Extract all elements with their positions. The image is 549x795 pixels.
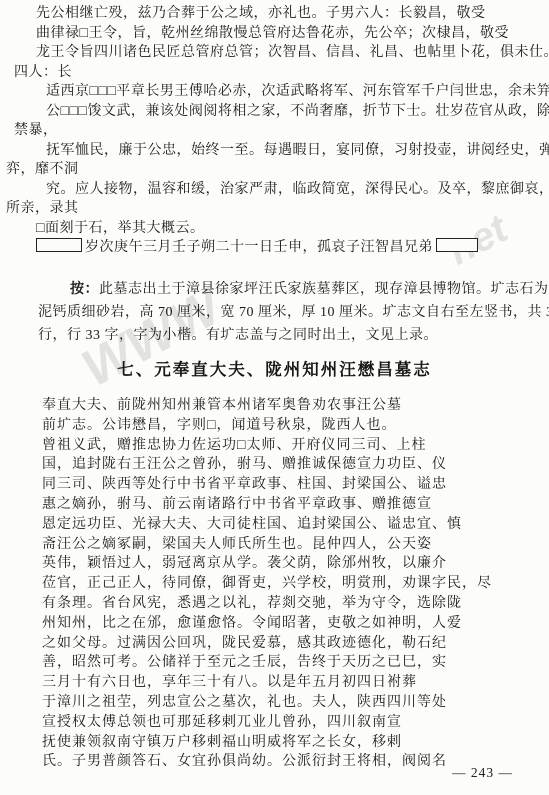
body-line: 惠之嫡孙，驸马、前云南诸路行中书省平章政事、赠推德宣 xyxy=(0,495,549,515)
body-line: 英伟，颖悟过人，弱冠离京从学。袭父荫，除邠州牧，以廉介 xyxy=(0,554,549,574)
body-line: 善，昭然可考。公储祥于至元之壬辰，告终于天历之已巳，实 xyxy=(0,653,549,673)
text-line: 四人：长 xyxy=(0,63,549,83)
body-line: 恩定远功臣、光禄大夫、大司徒柱国、追封梁国公、谥忠宜、慎 xyxy=(0,515,549,535)
body-line: 三月十有六日也，享年三十有八。以是年五月初四日袝葬 xyxy=(0,673,549,693)
note-label: 按： xyxy=(70,282,99,297)
previous-epitaph-continuation: 先公相继亡殁，兹乃合葬于公之域，亦礼也。子男六人：长毅昌，敬受 曲律禄□王令，旨… xyxy=(0,4,549,258)
body-line: 国，追封陇右王汪公之曾孙，驸马、赠推诚保德宣力功臣、仪 xyxy=(0,455,549,475)
text-line: 究。应人接物，温容和缓，治家严肃，临政简宽，深得民心。及卒，黎庶御哀，若丧 xyxy=(0,180,549,200)
note-line: 泥钙质细砂岩，高 70 厘米，宽 70 厘米，厚 10 厘米。圹志文自右至左竖书… xyxy=(0,301,549,324)
text-line: 先公相继亡殁，兹乃合葬于公之域，亦礼也。子男六人：长毅昌，敬受 xyxy=(0,4,549,24)
body-line: 宣授权太傅总领也可那延移剌兀业儿曾孙，四川叙南宣 xyxy=(0,713,549,733)
scan-page: net WWW 先公相继亡殁，兹乃合葬于公之域，亦礼也。子男六人：长毅昌，敬受 … xyxy=(0,0,549,795)
editor-note: 按：此墓志出土于漳县徐家坪汪氏家族墓葬区，现存漳县博物馆。圹志石为 泥钙质细砂岩… xyxy=(0,278,549,347)
burial-date-line: 岁次庚午三月壬子朔二十一日壬申，孤哀子汪智昌兄弟 xyxy=(0,238,549,258)
note-text: 此墓志出土于漳县徐家坪汪氏家族墓葬区，现存漳县博物馆。圹志石为 xyxy=(99,282,549,297)
body-line: 曾祖义武，赠推忠协力佐运功□太师、开府仪同三司、上柱 xyxy=(0,436,549,456)
text-line: 适西京□□□平章长男王傅哈必赤，次适武略将军、河东管军千户闫世忠，余未笄。□ xyxy=(0,82,549,102)
epitaph-body: 奉直大夫、前陇州知州兼管本州诸军奥鲁劝农事汪公墓 前圹志。公讳懋昌，字则□，闻道… xyxy=(0,396,549,772)
body-line: 有条理。省台风宪，悉遇之以礼，荐剡交驰，举为守令，选除陇 xyxy=(0,594,549,614)
text-line: 所亲，录其 xyxy=(0,199,549,219)
blank-box xyxy=(36,238,82,252)
body-line: 前圹志。公讳懋昌，字则□，闻道号秋泉，陇西人也。 xyxy=(0,416,549,436)
text-line: □面刻于石，举其大概云。 xyxy=(0,219,549,239)
body-line: 州知州，比之在邠，愈谨愈恪。令闻昭著，吏敬之如神明，人爱 xyxy=(0,614,549,634)
body-line: 奉直大夫、前陇州知州兼管本州诸军奥鲁劝农事汪公墓 xyxy=(0,396,549,416)
text-line: 龙王令旨四川诸色民匠总管府总管；次智昌、信昌、礼昌、也帖里卜花，俱未仕。女 xyxy=(0,43,549,63)
date-text: 岁次庚午三月壬子朔二十一日壬申，孤哀子汪智昌兄弟 xyxy=(85,240,433,255)
text-line: 公□□□馂文武，兼该处阀阅将相之家，不尚奢靡，折节下士。壮岁莅官从政，除苛 xyxy=(0,102,549,122)
text-line: 弈，靡不洞 xyxy=(0,160,549,180)
note-line: 按：此墓志出土于漳县徐家坪汪氏家族墓葬区，现存漳县博物馆。圹志石为 xyxy=(0,278,549,301)
body-line: 抚使兼领叙南守镇万户移剌福山明威将军之长女，移剌 xyxy=(0,733,549,753)
body-line: 之如父母。过满因公回巩，陇民爱慕，感其政迹德化，勒石纪 xyxy=(0,634,549,654)
section-heading: 七、元奉直大夫、陇州知州汪懋昌墓志 xyxy=(0,356,549,380)
text-line: 禁暴， xyxy=(0,121,549,141)
blank-box xyxy=(436,238,478,252)
text-line: 抚军恤民，廉于公忠，始终一至。每遇暇日，宴同僚，习射投壶，讲阅经史，弹琴博 xyxy=(0,141,549,161)
body-line: 同三司、陕西等处行中书省平章政事、柱国、封梁国公、谥忠 xyxy=(0,475,549,495)
text-line: 曲律禄□王令，旨，乾州丝绵散慢总管府达鲁花赤，先公卒；次棣昌，敬受 xyxy=(0,24,549,44)
body-line: 斋汪公之嫡冢嗣，梁国夫人师氏所生也。昆仲四人，公天姿 xyxy=(0,535,549,555)
page-number: — 243 — xyxy=(452,765,513,781)
body-line: 莅官，正己正人，待同僚，御胥吏，兴学校，明赏刑，劝课字民，尽 xyxy=(0,574,549,594)
note-line: 行，行 33 字，字为小楷。有圹志盖与之同时出土，文见上录。 xyxy=(0,324,549,347)
body-line: 于漳川之祖茔，列忠宣公之墓次，礼也。夫人，陕西四川等处 xyxy=(0,693,549,713)
